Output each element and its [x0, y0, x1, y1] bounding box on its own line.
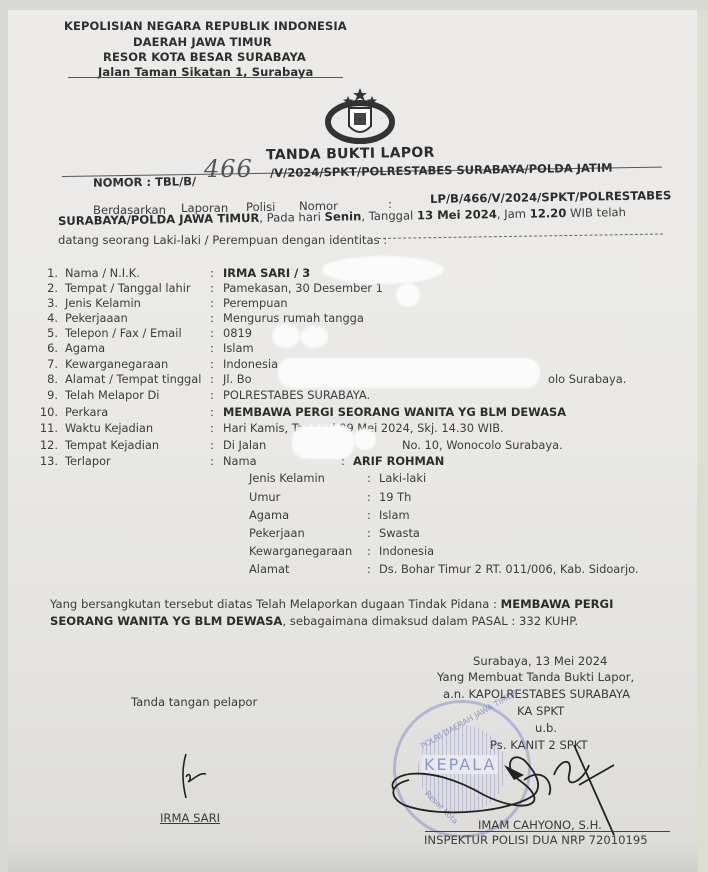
terlapor-row: Jenis Kelamin:Laki-laki — [36, 471, 676, 487]
field-row: 2.Tempat / Tanggal lahir:Pamekasan, 30 D… — [36, 281, 676, 297]
terlapor-label: Alamat — [249, 562, 289, 576]
field-value: MEMBAWA PERGI SEORANG WANITA YG BLM DEWA… — [223, 405, 566, 419]
field-colon: : — [210, 296, 214, 310]
officer-role-4: u.b. — [535, 721, 557, 735]
field-colon: : — [210, 357, 214, 371]
report-day: Senin — [324, 209, 361, 224]
field-label: Agama — [65, 341, 105, 355]
terlapor-value: Swasta — [379, 526, 420, 540]
field-row: 4.Pekerjaaan:Mengurus rumah tangga — [36, 311, 676, 327]
field-number: 7. — [36, 357, 58, 371]
terlapor-colon: : — [367, 544, 371, 558]
field-row: 5.Telepon / Fax / Email:0819 — [36, 326, 676, 342]
header-line-1: KEPOLISIAN NEGARA REPUBLIK INDONESIA — [64, 19, 347, 33]
field-number: 5. — [36, 326, 58, 340]
field-number: 4. — [36, 311, 58, 325]
officer-role-3: KA SPKT — [517, 704, 564, 718]
field-number: 1. — [36, 266, 58, 280]
field-value-tail: No. 10, Wonocolo Surabaya. — [402, 438, 563, 452]
field-label: Nama / N.I.K. — [65, 266, 140, 280]
reporter-name: IRMA SARI — [160, 811, 220, 825]
field-colon: : — [210, 372, 214, 386]
officer-role-2: a.n. KAPOLRESTABES SURABAYA — [443, 687, 630, 701]
field-label: Pekerjaaan — [65, 311, 128, 325]
terlapor-value: 19 Th — [379, 490, 411, 504]
terlapor-row: Pekerjaan:Swasta — [36, 526, 676, 542]
terlapor-row: :ARIF ROHMAN — [36, 454, 676, 470]
officer-name-underline — [425, 831, 670, 832]
redaction — [292, 425, 354, 459]
redaction — [322, 256, 444, 284]
report-date: 13 Mei 2024 — [417, 207, 497, 222]
field-label: Tempat / Tanggal lahir — [65, 281, 191, 295]
field-label: Perkara — [65, 405, 108, 419]
terlapor-label: Kewarganegaraan — [249, 544, 352, 558]
officer-name: IMAM CAHYONO, S.H. — [478, 818, 602, 832]
field-value: Di Jalan — [223, 438, 266, 452]
field-number: 11. — [36, 421, 58, 435]
field-number: 2. — [36, 281, 58, 295]
field-row: 10.Perkara:MEMBAWA PERGI SEORANG WANITA … — [36, 405, 676, 421]
field-label: Telah Melapor Di — [65, 388, 159, 402]
terlapor-label: Nama — [223, 454, 257, 468]
report-time: 12.20 — [530, 206, 567, 221]
reporter-signature-icon — [176, 752, 216, 802]
field-label: Kewarganegaraan — [65, 357, 168, 371]
field-value: Indonesia — [223, 357, 278, 371]
field-row: 3.Jenis Kelamin:Perempuan — [36, 296, 676, 312]
terlapor-value: Ds. Bohar Timur 2 RT. 011/006, Kab. Sido… — [379, 562, 639, 576]
document-title: TANDA BUKTI LAPOR — [266, 145, 435, 164]
field-colon: : — [210, 438, 214, 452]
terlapor-label: Jenis Kelamin — [249, 471, 325, 485]
field-value: Jl. Bo — [223, 372, 252, 386]
redaction — [278, 358, 540, 388]
field-label: Waktu Kejadian — [65, 421, 153, 435]
terlapor-colon: : — [367, 508, 371, 522]
field-colon: : — [210, 421, 214, 435]
terlapor-name: ARIF ROHMAN — [353, 454, 444, 468]
terlapor-colon: : — [367, 471, 371, 485]
field-value: Islam — [223, 341, 254, 355]
header-underline — [68, 77, 343, 78]
closing-line-2: SEORANG WANITA YG BLM DEWASA, sebagaiman… — [50, 614, 578, 628]
police-emblem-icon — [322, 86, 398, 146]
terlapor-colon: : — [367, 562, 371, 576]
terlapor-row: Umur:19 Th — [36, 490, 676, 506]
page-edge — [697, 10, 708, 872]
intro-line-3: datang seorang Laki-laki / Perempuan den… — [58, 233, 387, 247]
terlapor-colon: : — [367, 490, 371, 504]
paper-shadow — [8, 840, 698, 872]
terlapor-label: Umur — [249, 490, 280, 504]
terlapor-value: Laki-laki — [379, 471, 426, 485]
field-colon: : — [210, 388, 214, 402]
terlapor-value: Islam — [379, 508, 410, 522]
field-number: 9. — [36, 388, 58, 402]
field-value: IRMA SARI / 3 — [223, 266, 310, 280]
field-colon: : — [210, 311, 214, 325]
closing-line-1: Yang bersangkutan tersebut diatas Telah … — [50, 597, 613, 611]
place-date: Surabaya, 13 Mei 2024 — [473, 654, 607, 668]
field-row: 9.Telah Melapor Di:POLRESTABES SURABAYA. — [36, 388, 676, 404]
officer-role-1: Yang Membuat Tanda Bukti Lapor, — [437, 670, 634, 684]
field-number: 10. — [36, 405, 58, 419]
field-value-tail: olo Surabaya. — [548, 372, 626, 386]
terlapor-row: Kewarganegaraan:Indonesia — [36, 544, 676, 560]
terlapor-row: Alamat:Ds. Bohar Timur 2 RT. 011/006, Ka… — [36, 562, 676, 578]
redaction — [354, 428, 376, 450]
nomor-prefix: NOMOR : TBL/B/ — [93, 174, 196, 190]
reporter-signature-label: Tanda tangan pelapor — [131, 695, 257, 709]
field-value: POLRESTABES SURABAYA. — [223, 388, 370, 402]
field-value: 0819 — [223, 326, 252, 340]
field-label: Telepon / Fax / Email — [65, 326, 182, 340]
field-colon: : — [210, 326, 214, 340]
field-number: 12. — [36, 438, 58, 452]
field-row: 6.Agama:Islam — [36, 341, 676, 357]
terlapor-label: Agama — [249, 508, 289, 522]
field-colon: : — [210, 281, 214, 295]
field-colon: : — [210, 405, 214, 419]
field-label: Alamat / Tempat tinggal — [65, 372, 201, 386]
field-label: Tempat Kejadian — [65, 438, 159, 452]
redaction — [272, 324, 300, 348]
field-colon: : — [210, 341, 214, 355]
redaction — [300, 326, 328, 348]
field-label: Jenis Kelamin — [65, 296, 141, 310]
terlapor-label: Pekerjaan — [249, 526, 305, 540]
header-line-3: RESOR KOTA BESAR SURABAYA — [103, 50, 306, 64]
terlapor-value: Indonesia — [379, 544, 434, 558]
field-value: Pamekasan, 30 Desember 1 — [223, 281, 383, 295]
field-value: Mengurus rumah tangga — [223, 311, 364, 325]
redaction — [396, 283, 420, 307]
field-number: 3. — [36, 296, 58, 310]
nomor-handwritten: 466 — [204, 155, 253, 183]
terlapor-colon: : — [367, 526, 371, 540]
field-number: 8. — [36, 372, 58, 386]
header-line-2: DAERAH JAWA TIMUR — [133, 35, 272, 49]
field-colon: : — [210, 266, 214, 280]
terlapor-row: Agama:Islam — [36, 508, 676, 524]
field-number: 6. — [36, 341, 58, 355]
field-value: Perempuan — [223, 296, 288, 310]
